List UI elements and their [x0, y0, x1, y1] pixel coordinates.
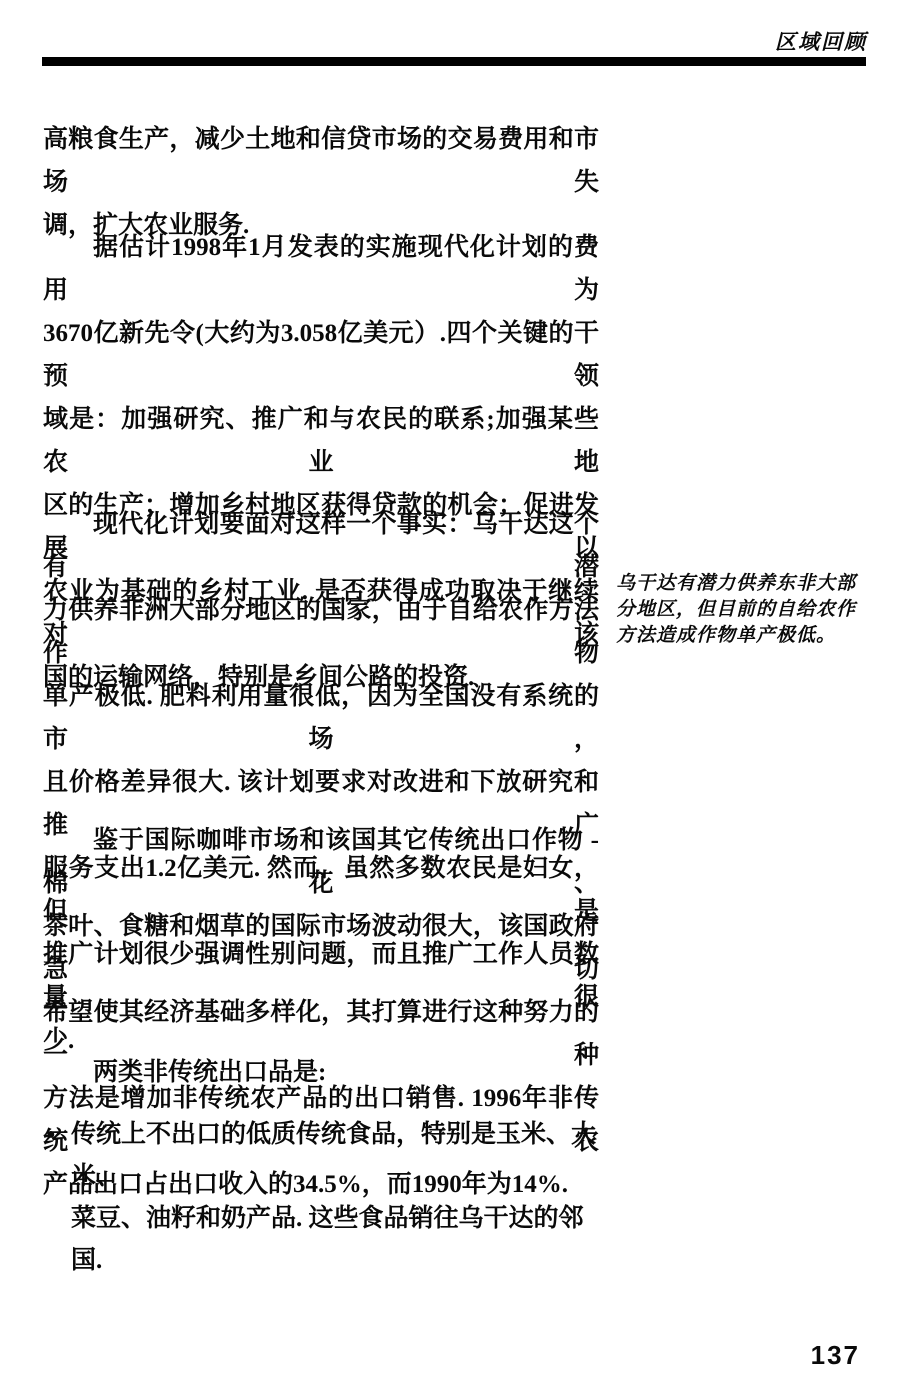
header-rule: [42, 57, 866, 66]
text-line: 3670亿新先令(大约为3.058亿美元）.四个关键的干预领: [43, 312, 599, 398]
text-line: 菜豆、油籽和奶产品. 这些食品销往乌干达的邻国.: [71, 1198, 603, 1282]
margin-note-line: 乌干达有潜力供养东非大部: [616, 571, 868, 597]
page-number: 137: [811, 1340, 860, 1371]
text-line: 现代化计划要面对这样一个事实：乌干达这个有潜: [43, 503, 599, 589]
bullet-list-item: ● 传统上不出口的低质传统食品，特别是玉米、大米、 菜豆、油籽和奶产品. 这些食…: [43, 1114, 603, 1282]
text-line: 鉴于国际咖啡市场和该国其它传统出口作物 - 棉花、: [43, 819, 599, 905]
text-line: 单产极低. 肥料利用量很低，因为全国没有系统的市场，: [43, 675, 599, 761]
margin-note-line: 分地区，但目前的自给农作: [616, 597, 868, 623]
page-header-title: 区域回顾: [775, 26, 867, 56]
margin-note: 乌干达有潜力供养东非大部 分地区，但目前的自给农作 方法造成作物单产极低。: [616, 571, 868, 649]
paragraph-5: 两类非传统出口品是:: [43, 1051, 599, 1094]
bullet-icon: ●: [46, 1114, 56, 1156]
bullet-item-text: 传统上不出口的低质传统食品，特别是玉米、大米、 菜豆、油籽和奶产品. 这些食品销…: [71, 1114, 603, 1282]
text-line: 两类非传统出口品是:: [43, 1051, 599, 1094]
text-line: 传统上不出口的低质传统食品，特别是玉米、大米、: [71, 1114, 603, 1198]
text-line: 高粮食生产，减少土地和信贷市场的交易费用和市场失: [43, 118, 599, 204]
margin-note-line: 方法造成作物单产极低。: [616, 623, 868, 649]
document-page: 区域回顾 高粮食生产，减少土地和信贷市场的交易费用和市场失 调，扩大农业服务. …: [0, 0, 900, 1400]
text-line: 力供养非洲大部分地区的国家，由于自给农作方法作物: [43, 589, 599, 675]
text-line: 域是：加强研究、推广和与农民的联系;加强某些农业地: [43, 398, 599, 484]
text-line: 茶叶、食糖和烟草的国际市场波动很大，该国政府急切: [43, 905, 599, 991]
text-line: 据估计1998年1月发表的实施现代化计划的费用为: [43, 226, 599, 312]
